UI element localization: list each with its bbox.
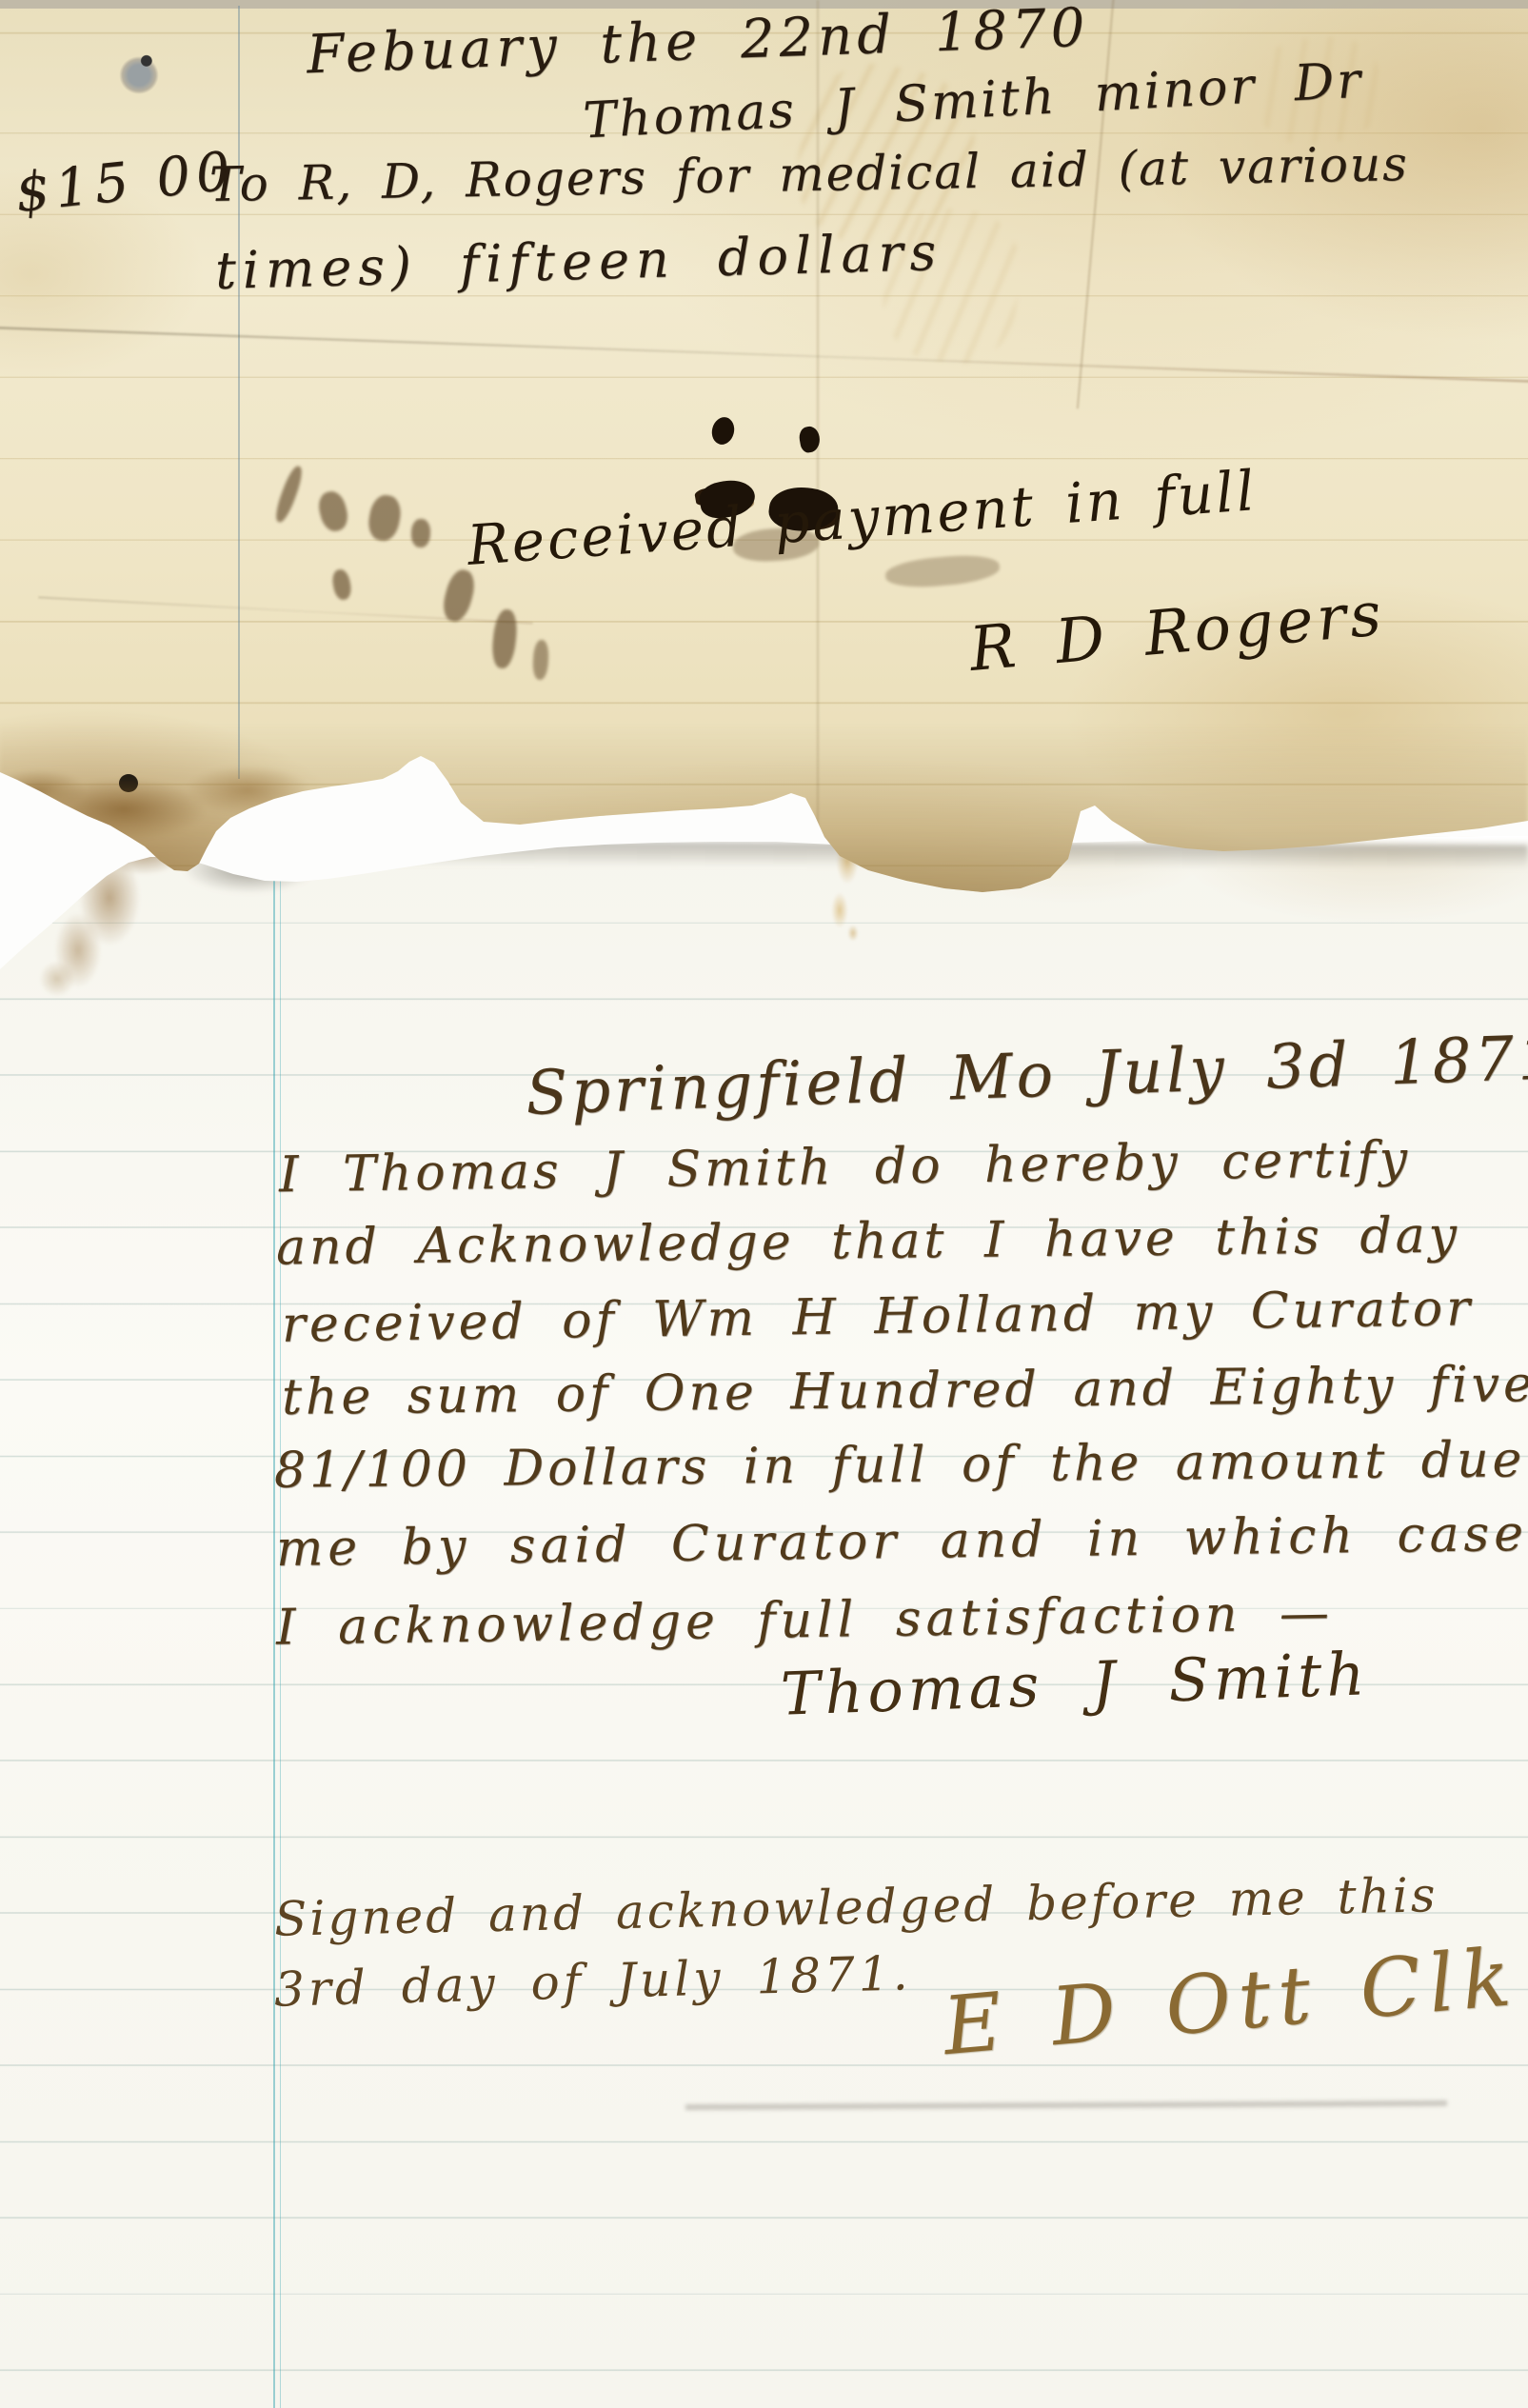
body-line-1: To R, D, Rogers for medical aid (at vari… [209, 140, 1409, 209]
attestation-line-1: Signed and acknowledged before me this [274, 1871, 1439, 1943]
dateline: Springfield Mo July 3d 1871 [525, 1027, 1528, 1124]
paper-hole [112, 50, 166, 101]
body-line-7: I acknowledge full satisfaction — [276, 1588, 1335, 1653]
ink-smudge [490, 608, 519, 669]
ink-smudge [532, 640, 549, 681]
ink-smudge [330, 568, 352, 602]
receipt-document-1870: Febuary the 22nd 1870 Thomas J Smith min… [0, 0, 1528, 914]
body-line-6: me by said Curator and in which case [276, 1509, 1528, 1574]
body-line-5: 81/100 Dollars in full of the amount due [274, 1435, 1526, 1495]
date-line: Febuary the 22nd 1870 [306, 2, 1090, 83]
body-line-2: times) fifteen dollars [214, 227, 943, 297]
ledger-margin-line [238, 6, 240, 779]
ink-dot [709, 415, 737, 448]
crease-line [1077, 0, 1115, 408]
signature-r-d-rogers: R D Rogers [967, 584, 1387, 681]
ink-smudge [884, 552, 1001, 590]
body-line-1: I Thomas J Smith do hereby certify [279, 1135, 1412, 1201]
amount: $15 00 [13, 145, 239, 221]
ink-smudge [410, 519, 430, 548]
receipt-document-1871: Springfield Mo July 3d 1871 I Thomas J S… [0, 828, 1528, 2408]
pencil-smudge [685, 2100, 1447, 2110]
body-line-4: the sum of One Hundred and Eighty five [282, 1360, 1528, 1423]
scanned-page: Springfield Mo July 3d 1871 I Thomas J S… [0, 0, 1528, 2408]
received-payment-line: Received payment in full [466, 463, 1259, 573]
notary-signature: E D Ott Clk [940, 1937, 1520, 2066]
torn-edge-stain-left [0, 733, 381, 886]
ink-smudge [315, 488, 350, 534]
body-line-2: and Acknowledge that I have this day [276, 1210, 1461, 1272]
ink-smudge [366, 493, 404, 544]
ink-smudge [272, 464, 306, 524]
attestation-line-2: 3rd day of July 1871. [273, 1949, 912, 2014]
crease-line [0, 327, 1528, 385]
body-line-3: received of Wm H Holland my Curator [282, 1284, 1475, 1349]
signature-thomas-j-smith: Thomas J Smith [780, 1644, 1370, 1724]
